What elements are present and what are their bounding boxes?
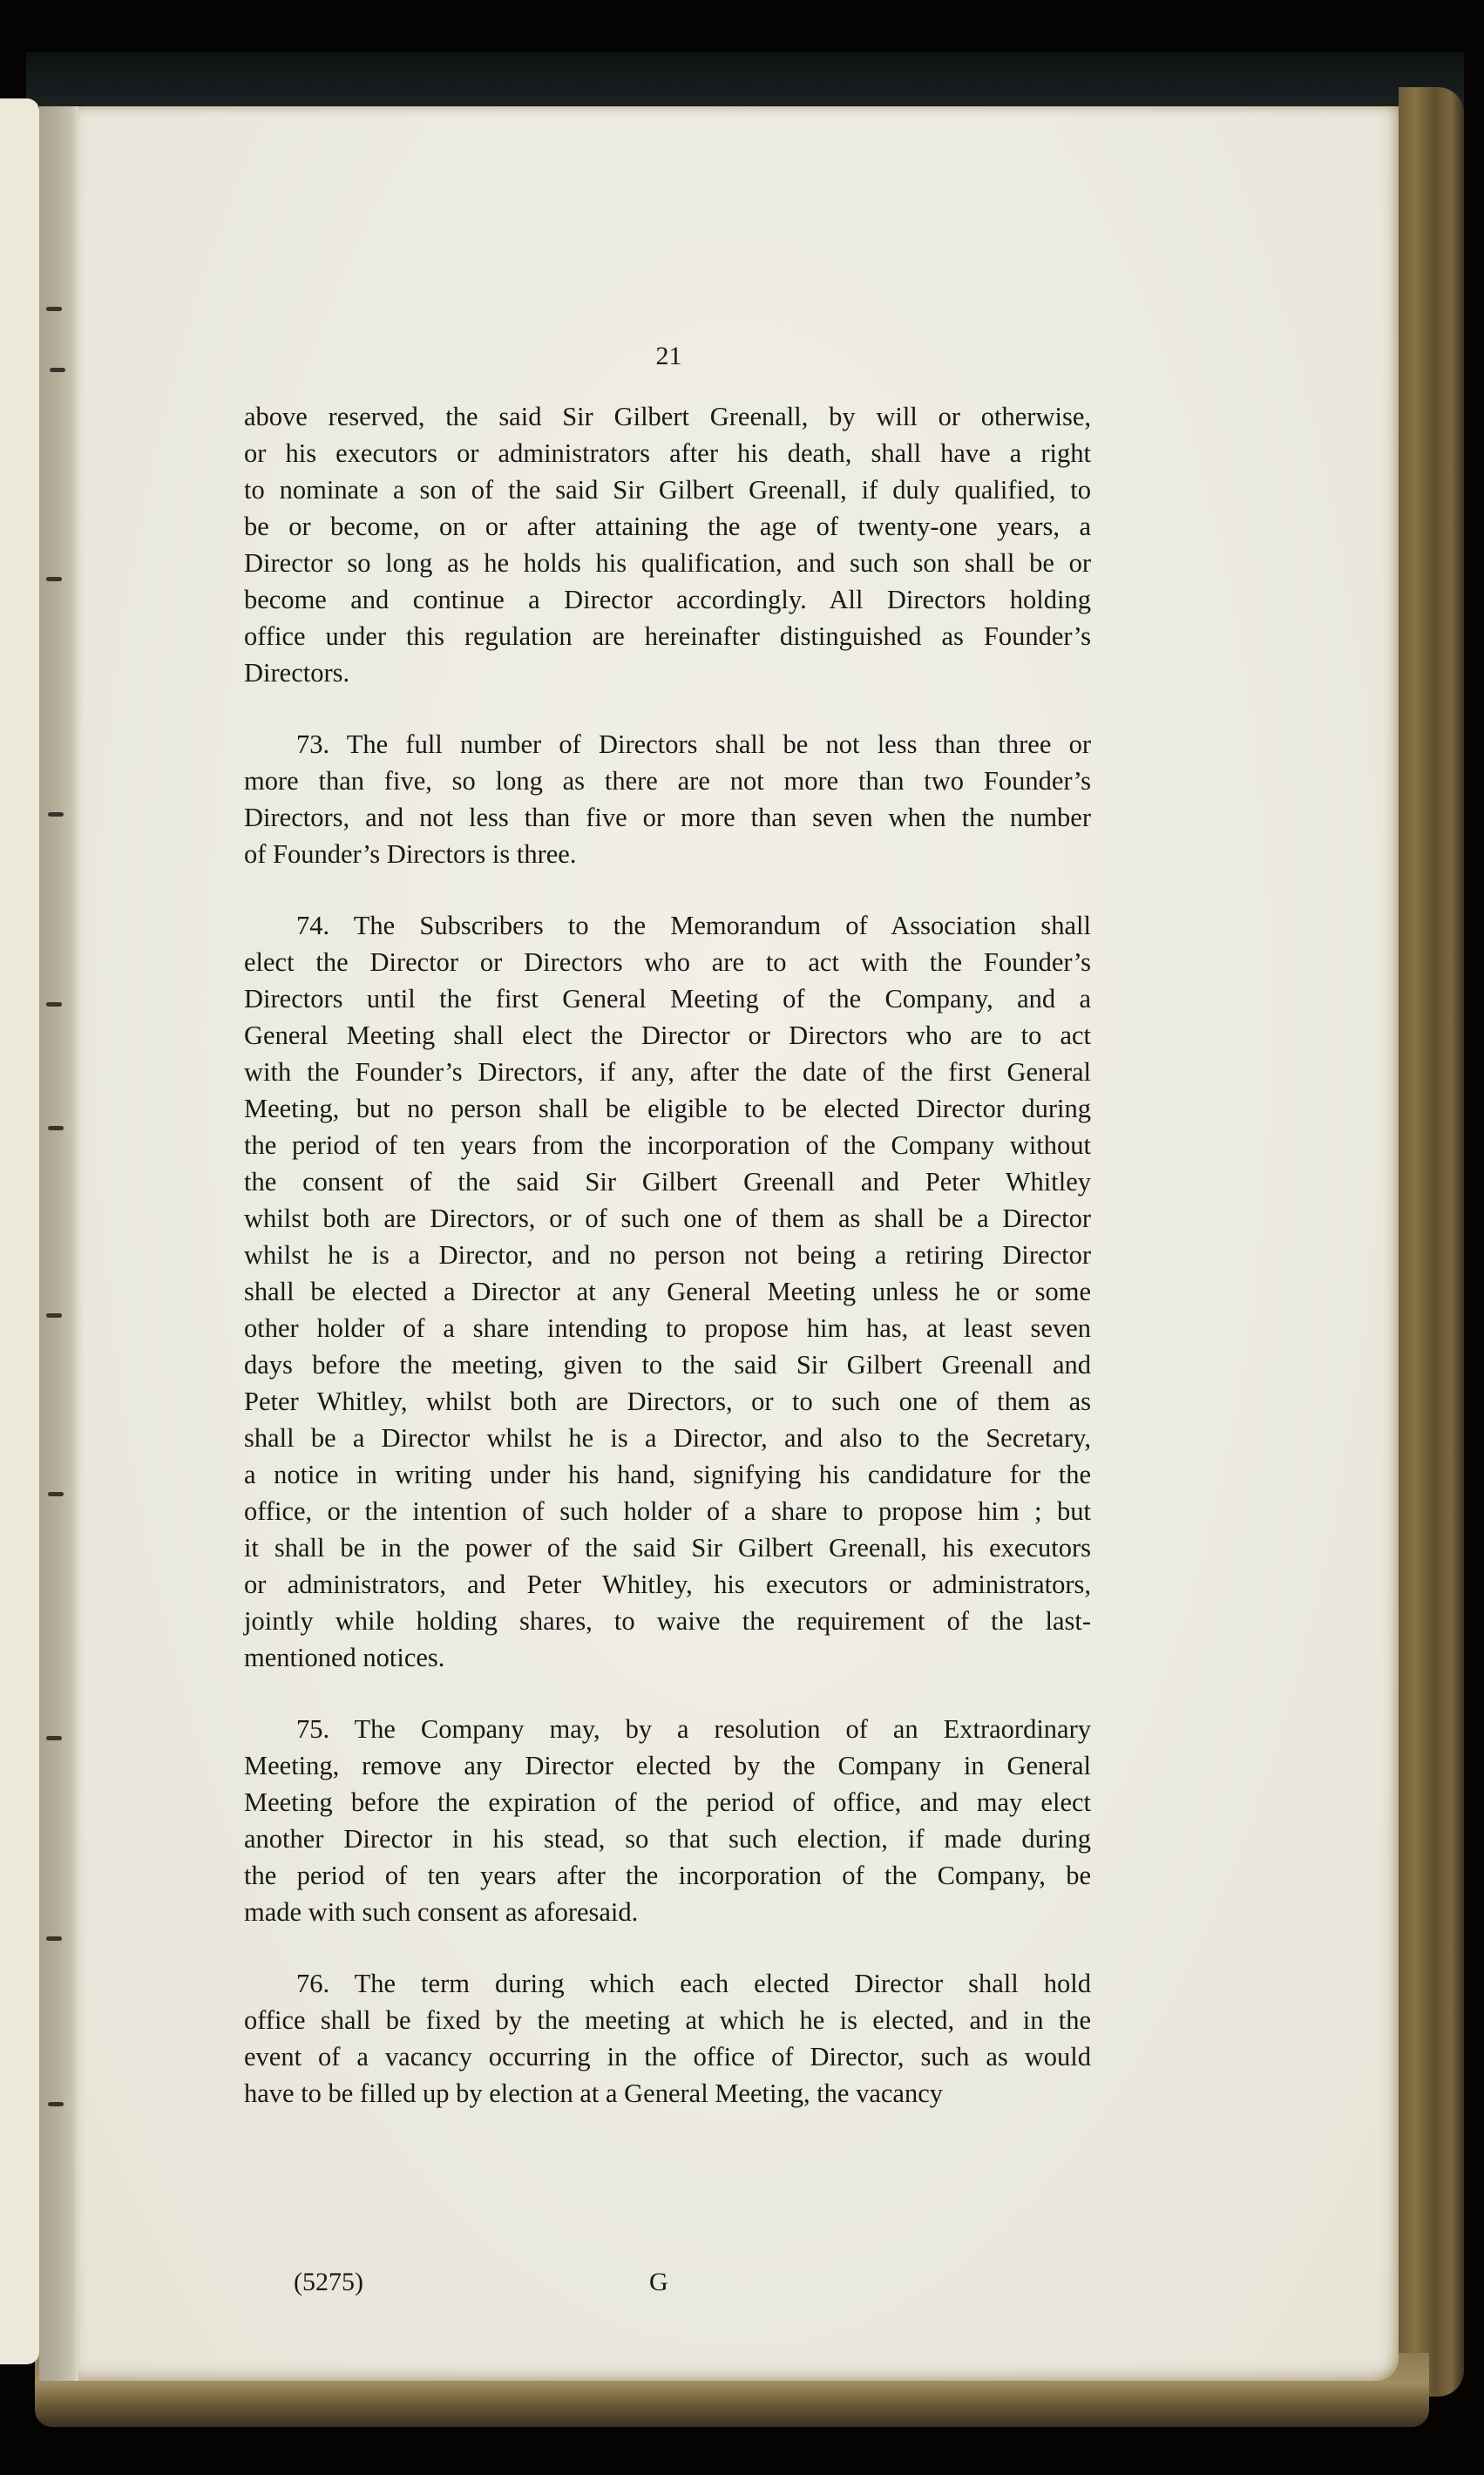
text-line: more than five, so long as there are not… [244,763,1091,799]
article-73: 73. The full number of Directors shall b… [244,726,1091,872]
text-line: 74. The Subscribers to the Memorandum of… [244,907,1091,944]
text-line: whilst both are Directors, or of such on… [244,1200,1091,1237]
document-page: 21 above reserved, the said Sir Gilbert … [78,106,1399,2381]
text-line: office under this regulation are hereina… [244,618,1091,654]
text-line: the period of ten years after the incorp… [244,1857,1091,1894]
stitch-mark [46,1736,62,1740]
text-line: event of a vacancy occurring in the offi… [244,2038,1091,2075]
text-line: Directors, and not less than five or mor… [244,799,1091,836]
paragraph-continued: above reserved, the said Sir Gilbert Gre… [244,398,1091,691]
previous-page-edge [0,98,39,2364]
text-line: 73. The full number of Directors shall b… [244,726,1091,763]
stitch-mark [48,1126,64,1130]
text-line: General Meeting shall elect the Director… [244,1017,1091,1054]
text-line: of Founder’s Directors is three. [244,836,1091,872]
text-line: Peter Whitley, whilst both are Directors… [244,1383,1091,1420]
text-line: shall be elected a Director at any Gener… [244,1273,1091,1310]
text-line: other holder of a share intending to pro… [244,1310,1091,1346]
text-line: mentioned notices. [244,1639,1091,1676]
stitch-mark [48,1492,64,1496]
body-text: above reserved, the said Sir Gilbert Gre… [244,398,1091,2146]
book-fore-edge [1399,87,1464,2397]
text-line: office shall be fixed by the meeting at … [244,2002,1091,2038]
text-line: the consent of the said Sir Gilbert Gree… [244,1163,1091,1200]
text-line: above reserved, the said Sir Gilbert Gre… [244,398,1091,435]
text-line: Meeting, but no person shall be eligible… [244,1090,1091,1127]
book-cover-top [26,52,1464,113]
article-75: 75. The Company may, by a resolution of … [244,1711,1091,1930]
stitch-mark [46,1002,62,1007]
binding-gutter [39,106,78,2381]
text-line: be or become, on or after attaining the … [244,508,1091,545]
text-line: become and continue a Director according… [244,581,1091,618]
page-number: 21 [9,342,1329,371]
text-line: or administrators, and Peter Whitley, hi… [244,1566,1091,1603]
text-line: jointly while holding shares, to waive t… [244,1603,1091,1639]
text-line: a notice in writing under his hand, sign… [244,1456,1091,1493]
text-line: Director so long as he holds his qualifi… [244,545,1091,581]
text-line: whilst he is a Director, and no person n… [244,1237,1091,1273]
text-line: with the Founder’s Directors, if any, af… [244,1054,1091,1090]
stitch-mark [46,307,62,311]
stitch-mark [48,812,64,817]
text-line: Meeting before the expiration of the per… [244,1784,1091,1821]
text-line: the period of ten years from the incorpo… [244,1127,1091,1163]
stitch-mark [46,577,62,581]
text-line: or his executors or administrators after… [244,435,1091,471]
text-line: shall be a Director whilst he is a Direc… [244,1420,1091,1456]
text-line: days before the meeting, given to the sa… [244,1346,1091,1383]
text-line: 75. The Company may, by a resolution of … [244,1711,1091,1747]
text-line: have to be filled up by election at a Ge… [244,2075,1091,2112]
text-line: Directors until the first General Meetin… [244,980,1091,1017]
article-76: 76. The term during which each elected D… [244,1965,1091,2112]
text-line: Meeting, remove any Director elected by … [244,1747,1091,1784]
signature-letter: G [649,2268,668,2297]
text-line: office, or the intention of such holder … [244,1493,1091,1529]
text-line: to nominate a son of the said Sir Gilber… [244,471,1091,508]
stitch-mark [48,2102,64,2106]
stitch-mark [46,1936,62,1941]
stitch-mark [46,1313,62,1318]
text-line: elect the Director or Directors who are … [244,944,1091,980]
text-line: another Director in his stead, so that s… [244,1821,1091,1857]
text-line: made with such consent as aforesaid. [244,1894,1091,1930]
text-line: 76. The term during which each elected D… [244,1965,1091,2002]
print-number: (5275) [294,2268,363,2297]
text-line: Directors. [244,654,1091,691]
page-footer: (5275) G [78,2268,1399,2302]
text-line: it shall be in the power of the said Sir… [244,1529,1091,1566]
article-74: 74. The Subscribers to the Memorandum of… [244,907,1091,1676]
